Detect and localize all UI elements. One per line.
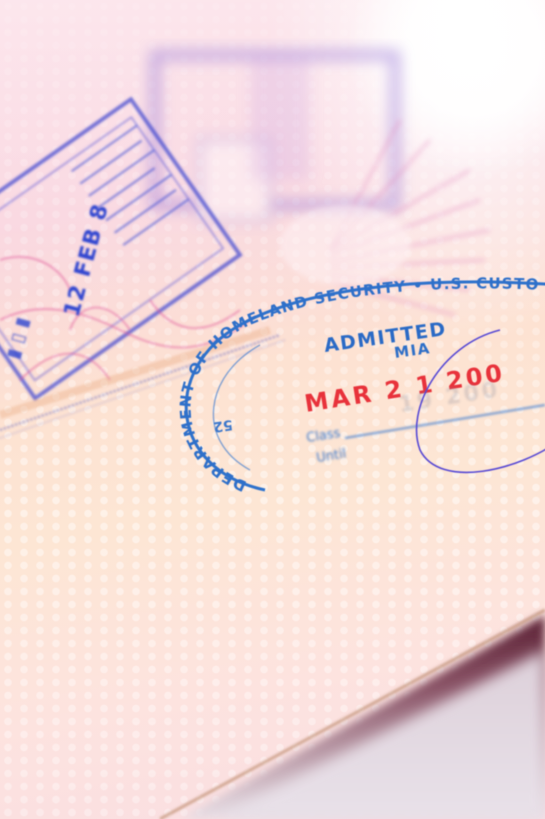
us-customs-stamp: DEPARTMENT OF HOMELAND SECURITY • U.S. C… [0,0,545,819]
passport-photo: 12 FEB 8 ▮ ▯ ▮ DEPARTMENT OF HOMELAND SE… [0,0,545,819]
stamp-arc-text-wrap: DEPARTMENT OF HOMELAND SECURITY • U.S. C… [0,0,540,495]
stamp-until-label: Until [315,446,347,466]
stamp-number: 52 [212,416,234,435]
stamp-arc-text: DEPARTMENT OF HOMELAND SECURITY • U.S. C… [0,0,540,495]
stamp-port: MIA [393,339,432,362]
stamp-class-label: Class [305,426,341,446]
